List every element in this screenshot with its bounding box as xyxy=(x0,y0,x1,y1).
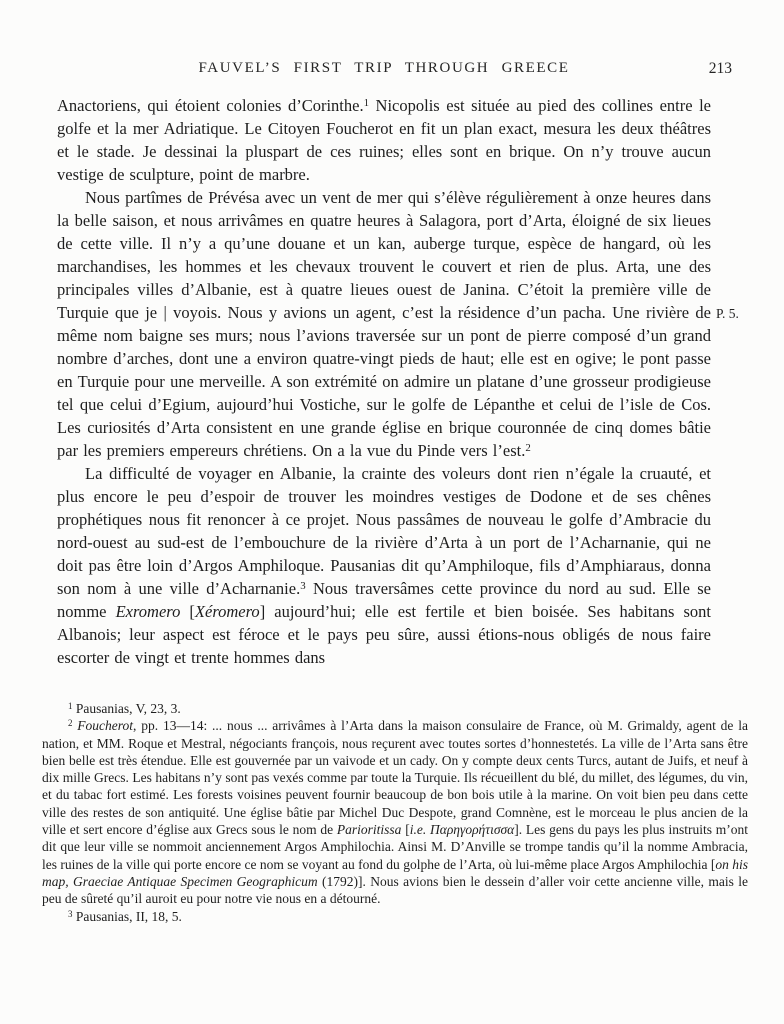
text-segment: [ xyxy=(180,602,195,621)
footnote-3: 3 Pausanias, II, 18, 5. xyxy=(42,908,748,925)
text-segment: Anactoriens, qui étoient colonies d’Cori… xyxy=(57,96,364,115)
text-segment: Παρηγορήτισσα xyxy=(430,822,514,837)
main-text-block: Anactoriens, qui étoient colonies d’Cori… xyxy=(57,94,711,669)
text-segment: 2 xyxy=(68,718,72,728)
text-segment: Parioritissa xyxy=(337,822,402,837)
text-segment: 3 xyxy=(68,909,72,919)
text-segment: i.e. xyxy=(410,822,427,837)
text-segment: 1 xyxy=(68,701,72,711)
footnotes-block: 1 Pausanias, V, 23, 3. 2 Foucherot, pp. … xyxy=(42,700,748,925)
page-number: 213 xyxy=(709,60,732,78)
text-segment: 3 xyxy=(300,580,305,592)
text-segment: Pausanias, II, 18, 5. xyxy=(72,909,181,924)
text-segment: , pp. 13—14: ... nous ... arrivâmes à l’… xyxy=(42,718,748,837)
footnote-2: 2 Foucherot, pp. 13—14: ... nous ... arr… xyxy=(42,717,748,907)
text-segment: 1 xyxy=(364,97,369,109)
paragraph-la-difficulte: La difficulté de voyager en Albanie, la … xyxy=(57,462,711,669)
margin-note-p5: P. 5. xyxy=(716,306,739,322)
text-segment: La difficulté de voyager en Albanie, la … xyxy=(57,464,711,598)
text-segment: [ xyxy=(401,822,409,837)
text-segment: Pausanias, V, 23, 3. xyxy=(72,701,180,716)
book-page: FAUVEL’S FIRST TRIP THROUGH GREECE 213 A… xyxy=(0,0,784,1024)
text-segment: Nous partîmes de Prévésa avec un vent de… xyxy=(57,188,711,460)
running-header-title: FAUVEL’S FIRST TRIP THROUGH GREECE xyxy=(57,60,711,77)
text-segment: Exromero xyxy=(116,602,181,621)
paragraph-nous-partimes: Nous partîmes de Prévésa avec un vent de… xyxy=(57,186,711,462)
text-segment: 2 xyxy=(525,442,530,454)
paragraph-anactoriens: Anactoriens, qui étoient colonies d’Cori… xyxy=(57,94,711,186)
text-segment: Foucherot xyxy=(77,718,133,733)
text-segment: Xéromero xyxy=(195,602,260,621)
footnote-1: 1 Pausanias, V, 23, 3. xyxy=(42,700,748,717)
